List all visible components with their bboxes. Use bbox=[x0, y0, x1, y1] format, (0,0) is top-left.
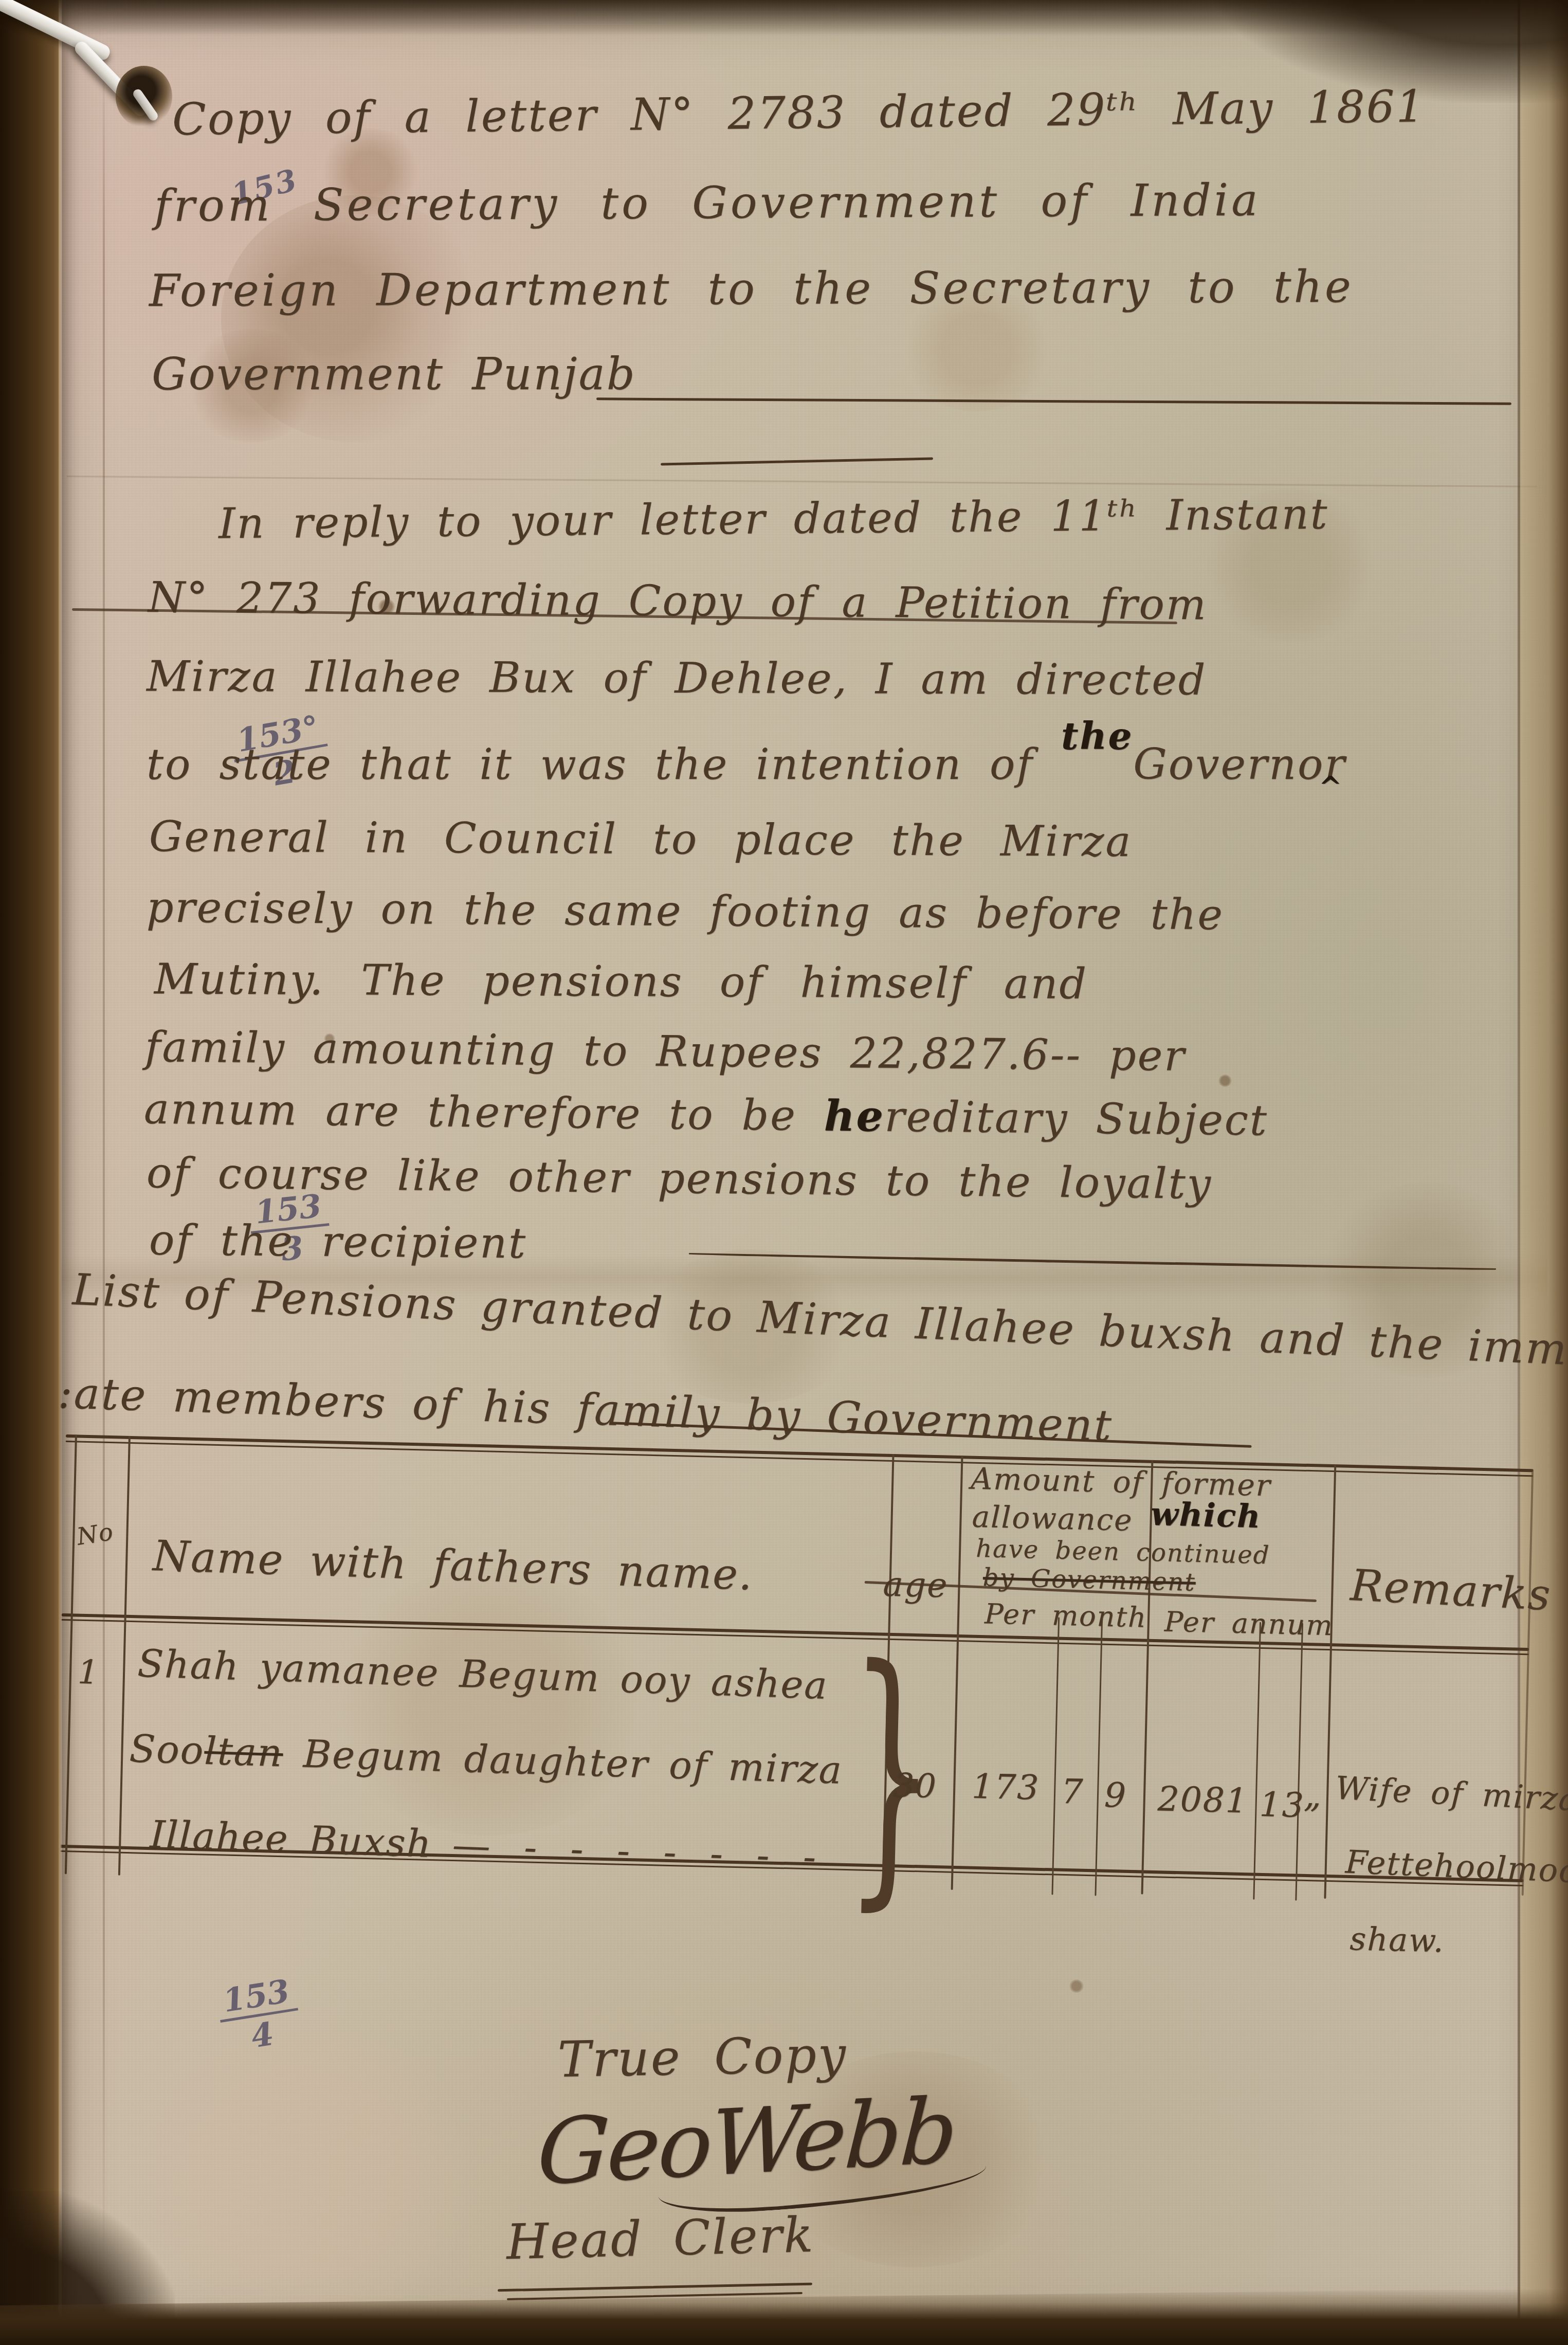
col-line-age-amount bbox=[951, 1456, 963, 1890]
row-name-line-2: Sooltan Begum daughter of mirza bbox=[129, 1726, 843, 1792]
row-name-line-1: Shah yamanee Begum ooy ashea bbox=[137, 1642, 829, 1708]
signer-title: Head Clerk bbox=[506, 2207, 815, 2271]
photo-top-edge bbox=[0, 0, 1568, 36]
th-amount-allowance: allowance bbox=[972, 1499, 1133, 1538]
body-line-8: family amounting to Rupees 22,827.6-- pe… bbox=[145, 1023, 1186, 1081]
th-name: Name with fathers name. bbox=[152, 1532, 754, 1600]
row-per-month-annas: 7 bbox=[1061, 1772, 1084, 1812]
manuscript-photo: 153 153° 2 153 3 153 4 Copy of a letter … bbox=[0, 0, 1568, 2345]
book-cover-left bbox=[0, 0, 61, 2345]
row-name-struck: ltan bbox=[204, 1729, 284, 1776]
row-name-dashes: — - - - - - - - bbox=[451, 1823, 824, 1880]
attestation: True Copy bbox=[557, 2026, 848, 2088]
sub-line-month-pies bbox=[1095, 1619, 1103, 1896]
col-line-no bbox=[118, 1436, 131, 1876]
th-remarks: Remarks bbox=[1349, 1560, 1552, 1620]
th-per-month: Per month bbox=[984, 1597, 1147, 1633]
row-remarks-line-2: Fettehoolmoolk bbox=[1345, 1843, 1568, 1891]
body-line-4: to state that it was the intention of th… bbox=[147, 740, 1346, 789]
overwritten-letters: he bbox=[824, 1091, 885, 1141]
body-line-6: precisely on the same footing as before … bbox=[147, 883, 1225, 940]
body-line-4-rest: Governor bbox=[1133, 740, 1346, 789]
th-no: No bbox=[75, 1517, 116, 1550]
header-line-3: Foreign Department to the Secretary to t… bbox=[149, 261, 1354, 317]
row-per-month-pies: 9 bbox=[1104, 1775, 1127, 1815]
body-line-1: In reply to your letter dated the 11ᵗʰ I… bbox=[218, 490, 1329, 549]
sub-line-annum-annas bbox=[1253, 1622, 1261, 1900]
row-per-annum-pies: „ bbox=[1303, 1775, 1323, 1815]
header-line-4: Government Punjab bbox=[152, 349, 636, 400]
col-line-amount-remarks bbox=[1324, 1464, 1336, 1899]
body-line-7: Mutiny. The pensions of himself and bbox=[154, 955, 1088, 1009]
row-no: 1 bbox=[77, 1653, 100, 1692]
row-age: 30 bbox=[892, 1767, 937, 1806]
row-name-rest: Begum daughter of mirza bbox=[282, 1731, 843, 1792]
body-line-9-rest: reditary Subject bbox=[884, 1093, 1268, 1146]
th-per-annum: Per annum bbox=[1164, 1605, 1334, 1642]
header-line-2: from Secretary to Government of India bbox=[154, 174, 1261, 231]
sub-line-month-annas bbox=[1051, 1617, 1060, 1895]
th-amount-inserted-which: which bbox=[1151, 1495, 1262, 1535]
body-line-11: of the recipient bbox=[149, 1216, 527, 1268]
sub-line-annum-pies bbox=[1295, 1623, 1303, 1901]
inserted-word: the bbox=[1061, 714, 1133, 758]
row-per-annum-annas: 13 bbox=[1259, 1785, 1305, 1825]
row-remarks-line-3: shaw. bbox=[1350, 1920, 1445, 1959]
row-name-illahee: Illahee Buxsh bbox=[149, 1812, 432, 1866]
pension-table: No Name with fathers name. age Amount of… bbox=[53, 1434, 1541, 2024]
body-line-4-text: to state that it was the intention of bbox=[147, 740, 1061, 789]
body-line-9-text: annum are therefore to be bbox=[144, 1085, 825, 1141]
body-line-3: Mirza Illahee Bux of Dehlee, I am direct… bbox=[147, 652, 1207, 704]
row-name-line-3: Illahee Buxsh — - - - - - - - bbox=[149, 1812, 824, 1880]
row-remarks-line-1: Wife of mirza bbox=[1335, 1769, 1568, 1819]
table-right-border bbox=[1522, 1469, 1534, 1896]
row-per-month-rupees: 173 bbox=[971, 1767, 1040, 1808]
table-left-border bbox=[65, 1434, 77, 1874]
row-per-annum-rupees: 2081 bbox=[1157, 1779, 1249, 1821]
body-line-5: General in Council to place the Mirza bbox=[149, 812, 1133, 866]
caret-mark: ^ bbox=[1319, 770, 1343, 803]
row-name-soo: Soo bbox=[129, 1726, 205, 1773]
